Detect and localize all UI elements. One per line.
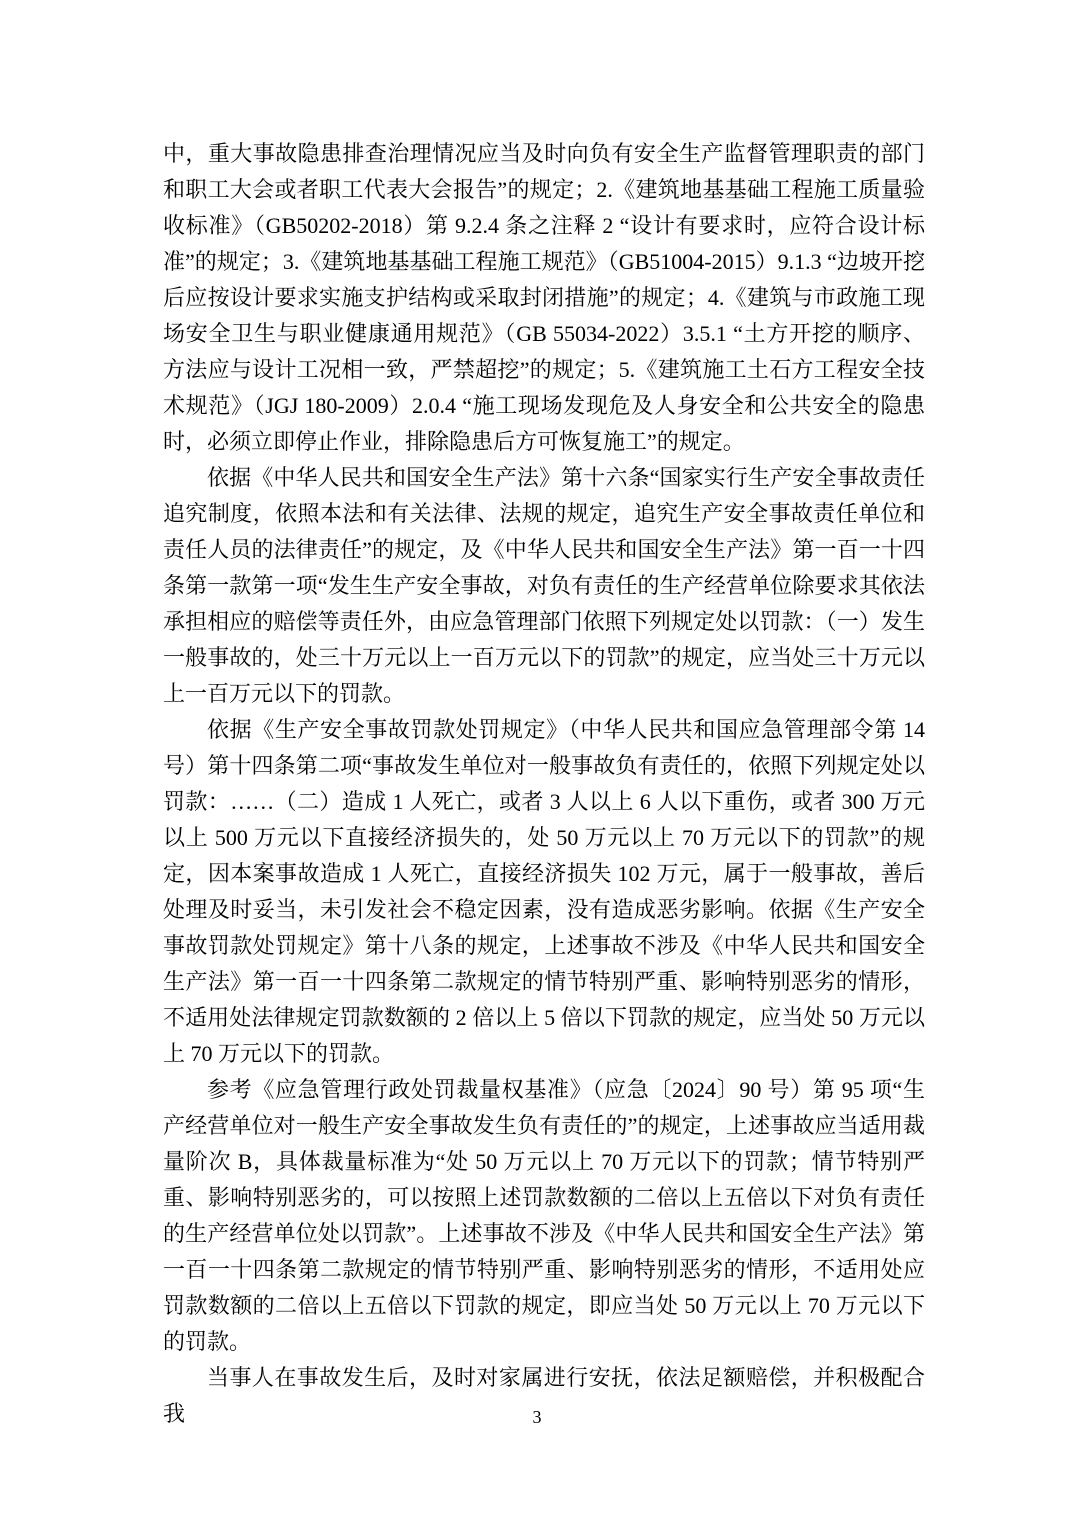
paragraph-penalty-regulation: 依据《生产安全事故罚款处罚规定》（中华人民共和国应急管理部令第 14 号）第十四… [163,712,925,1072]
page-number: 3 [0,1406,1074,1428]
paragraph-cited-standards: 中，重大事故隐患排查治理情况应当及时向负有安全生产监督管理职责的部门和职工大会或… [163,136,925,460]
paragraph-safety-law-basis: 依据《中华人民共和国安全生产法》第十六条“国家实行生产安全事故责任追究制度，依照… [163,460,925,712]
document-body: 中，重大事故隐患排查治理情况应当及时向负有安全生产监督管理职责的部门和职工大会或… [163,136,925,1432]
document-page: 中，重大事故隐患排查治理情况应当及时向负有安全生产监督管理职责的部门和职工大会或… [0,0,1074,1520]
paragraph-discretion-benchmark: 参考《应急管理行政处罚裁量权基准》（应急〔2024〕90 号）第 95 项“生产… [163,1072,925,1360]
